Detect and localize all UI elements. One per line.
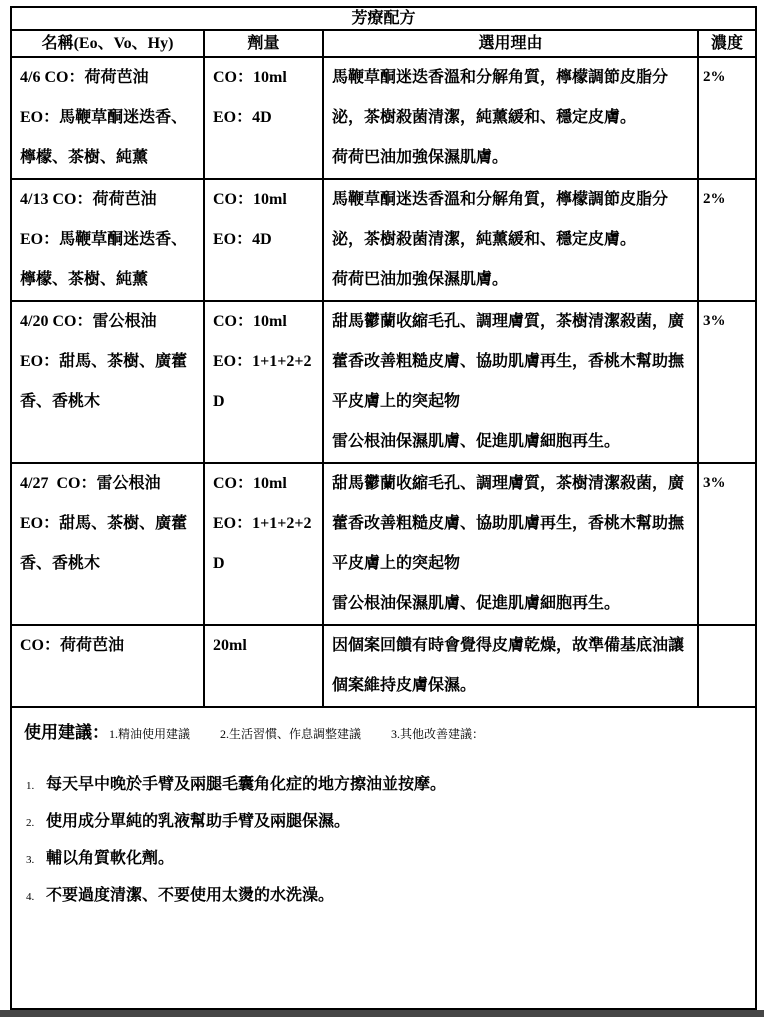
list-item-text: 使用成分單純的乳液幫助手臂及兩腿保濕。 [46, 812, 350, 832]
suggestion-category-1: 1.精油使用建議 [109, 727, 190, 741]
list-item: 2. 使用成分單純的乳液幫助手臂及兩腿保濕。 [22, 812, 745, 832]
formula-row: 4/6 CO：荷荷芭油 EO：馬鞭草酮迷迭香、檸檬、茶樹、純薰 CO：10ml … [11, 57, 756, 179]
list-item: 3. 輔以角質軟化劑。 [22, 849, 745, 869]
suggestions-list: 1. 每天早中晚於手臂及兩腿毛囊角化症的地方擦油並按摩。 2. 使用成分單純的乳… [22, 775, 745, 906]
usage-suggestions-row: 使用建議：1.精油使用建議2.生活習慣、作息調整建議3.其他改善建議： 1. 每… [11, 707, 756, 1009]
name-cell: 4/27 CO：雷公根油 EO：甜馬、茶樹、廣藿香、香桃木 [11, 463, 204, 625]
suggestions-header: 使用建議：1.精油使用建議2.生活習慣、作息調整建議3.其他改善建議： [24, 718, 745, 743]
table-title: 芳療配方 [11, 7, 756, 30]
dose-cell: CO：10ml EO：4D [204, 179, 323, 301]
name-cell: 4/20 CO：雷公根油 EO：甜馬、茶樹、廣藿香、香桃木 [11, 301, 204, 463]
reason-cell: 馬鞭草酮迷迭香溫和分解角質，檸檬調節皮脂分泌，茶樹殺菌清潔，純薰緩和、穩定皮膚。… [323, 57, 698, 179]
list-item-number: 2. [26, 817, 46, 829]
suggestion-category-2: 2.生活習慣、作息調整建議 [220, 727, 361, 741]
list-item-number: 1. [26, 780, 46, 792]
reason-cell: 馬鞭草酮迷迭香溫和分解角質，檸檬調節皮脂分泌，茶樹殺菌清潔，純薰緩和、穩定皮膚。… [323, 179, 698, 301]
suggestion-category-3: 3.其他改善建議： [391, 727, 484, 741]
list-item-text: 輔以角質軟化劑。 [46, 849, 174, 869]
list-item-text: 不要過度清潔、不要使用太燙的水洗澡。 [46, 886, 334, 906]
name-cell: 4/6 CO：荷荷芭油 EO：馬鞭草酮迷迭香、檸檬、茶樹、純薰 [11, 57, 204, 179]
formula-row: CO：荷荷芭油 20ml 因個案回饋有時會覺得皮膚乾燥，故準備基底油讓個案維持皮… [11, 625, 756, 707]
dose-cell: CO：10ml EO：1+1+2+2D [204, 301, 323, 463]
concentration-cell: 2% [698, 179, 756, 301]
table-title-row: 芳療配方 [11, 7, 756, 30]
list-item-text: 每天早中晚於手臂及兩腿毛囊角化症的地方擦油並按摩。 [46, 775, 446, 795]
col-header-dose: 劑量 [204, 30, 323, 57]
formula-row: 4/20 CO：雷公根油 EO：甜馬、茶樹、廣藿香、香桃木 CO：10ml EO… [11, 301, 756, 463]
concentration-cell [698, 625, 756, 707]
concentration-cell: 2% [698, 57, 756, 179]
dose-cell: CO：10ml EO：4D [204, 57, 323, 179]
formula-row: 4/27 CO：雷公根油 EO：甜馬、茶樹、廣藿香、香桃木 CO：10ml EO… [11, 463, 756, 625]
reason-cell: 甜馬鬱蘭收縮毛孔、調理膚質，茶樹清潔殺菌，廣藿香改善粗糙皮膚、協助肌膚再生，香桃… [323, 301, 698, 463]
dose-cell: 20ml [204, 625, 323, 707]
list-item-number: 4. [26, 891, 46, 903]
dose-cell: CO：10ml EO：1+1+2+2D [204, 463, 323, 625]
name-cell: 4/13 CO：荷荷芭油 EO：馬鞭草酮迷迭香、檸檬、茶樹、純薰 [11, 179, 204, 301]
concentration-cell: 3% [698, 301, 756, 463]
table-header-row: 名稱(Eo、Vo、Hy) 劑量 選用理由 濃度 [11, 30, 756, 57]
list-item: 1. 每天早中晚於手臂及兩腿毛囊角化症的地方擦油並按摩。 [22, 775, 745, 795]
usage-suggestions-cell: 使用建議：1.精油使用建議2.生活習慣、作息調整建議3.其他改善建議： 1. 每… [11, 707, 756, 1009]
col-header-concentration: 濃度 [698, 30, 756, 57]
reason-cell: 因個案回饋有時會覺得皮膚乾燥，故準備基底油讓個案維持皮膚保濕。 [323, 625, 698, 707]
reason-cell: 甜馬鬱蘭收縮毛孔、調理膚質，茶樹清潔殺菌，廣藿香改善粗糙皮膚、協助肌膚再生，香桃… [323, 463, 698, 625]
aromatherapy-formula-table: 芳療配方 名稱(Eo、Vo、Hy) 劑量 選用理由 濃度 4/6 CO：荷荷芭油… [10, 6, 757, 1010]
suggestions-title: 使用建議： [24, 723, 109, 742]
col-header-reason: 選用理由 [323, 30, 698, 57]
document-page: 芳療配方 名稱(Eo、Vo、Hy) 劑量 選用理由 濃度 4/6 CO：荷荷芭油… [0, 0, 764, 1024]
concentration-cell: 3% [698, 463, 756, 625]
list-item: 4. 不要過度清潔、不要使用太燙的水洗澡。 [22, 886, 745, 906]
page-bottom-edge [0, 1010, 764, 1017]
formula-row: 4/13 CO：荷荷芭油 EO：馬鞭草酮迷迭香、檸檬、茶樹、純薰 CO：10ml… [11, 179, 756, 301]
name-cell: CO：荷荷芭油 [11, 625, 204, 707]
list-item-number: 3. [26, 854, 46, 866]
col-header-name: 名稱(Eo、Vo、Hy) [11, 30, 204, 57]
